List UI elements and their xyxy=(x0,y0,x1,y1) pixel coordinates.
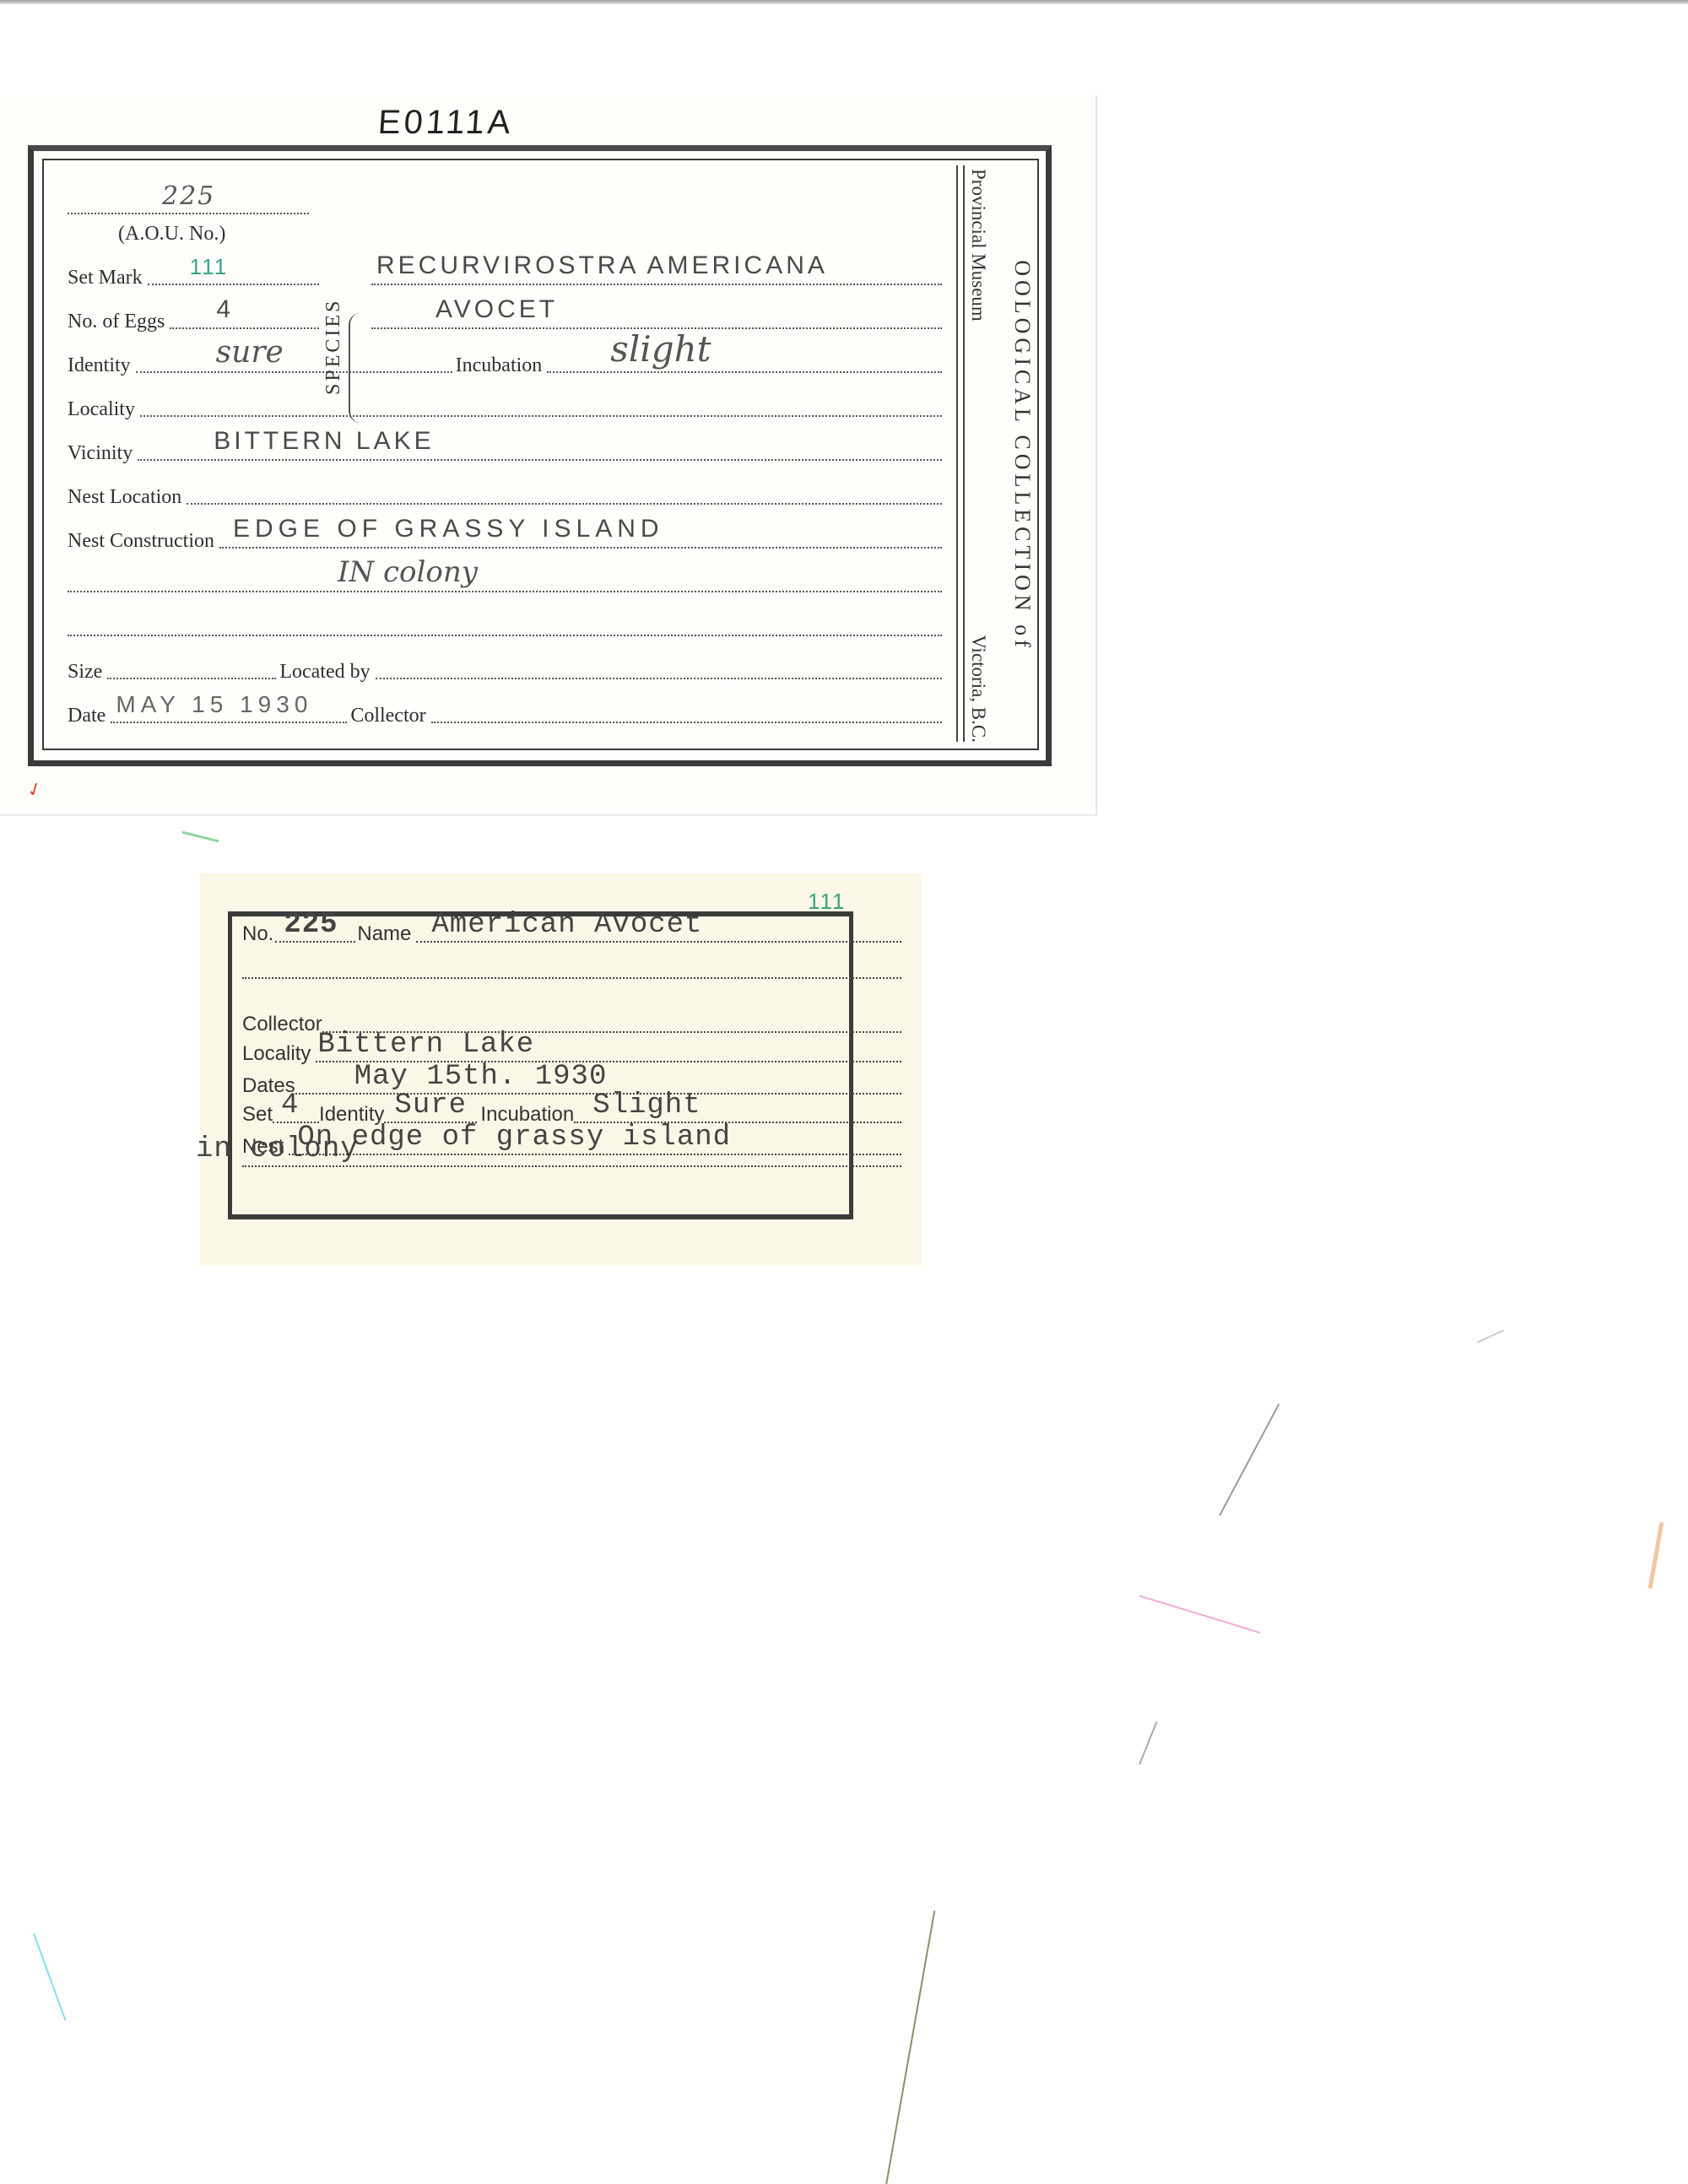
side-double-rule xyxy=(956,165,965,742)
vertical-header: OOLOGICAL COLLECTION of Provincial Museu… xyxy=(969,169,1049,743)
scratch-mark xyxy=(1139,1595,1261,1634)
aou-number-label: (A.O.U. No.) xyxy=(118,217,225,246)
nest-construction-value: EDGE OF GRASSY ISLAND xyxy=(233,515,664,543)
nest-location-label: Nest Location xyxy=(68,486,181,509)
scratch-mark xyxy=(1648,1522,1664,1589)
scratch-mark xyxy=(1139,1722,1157,1765)
species-scientific-value: RECURVIROSTRA AMERICANA xyxy=(376,251,828,280)
label-nest-continuation-row: in colony xyxy=(242,1165,905,1170)
vicinity-value: BITTERN LAKE xyxy=(214,427,434,456)
date-collector-row: Date MAY 15 1930 Collector xyxy=(68,699,945,727)
green-pen-stroke xyxy=(181,831,219,843)
date-value: MAY 15 1930 xyxy=(116,691,312,718)
label-identity-value: Sure xyxy=(394,1089,467,1122)
label-no-label: No. xyxy=(242,922,273,946)
vicinity-field: Vicinity BITTERN LAKE xyxy=(68,436,945,465)
nest-construction-continuation-field: IN colony xyxy=(68,568,945,597)
aou-number-field: 225 xyxy=(68,190,312,219)
institution-name: Provincial Museum xyxy=(967,169,989,322)
species-scientific-field: RECURVIROSTRA AMERICANA xyxy=(371,261,945,289)
institution-line: Provincial Museum Victoria, B.C. xyxy=(967,169,989,743)
incubation-value: slight xyxy=(610,328,711,370)
label-dates-row: Dates May 15th. 1930 xyxy=(242,1074,905,1098)
label-locality-value: Bittern Lake xyxy=(317,1029,534,1061)
locality-label: Locality xyxy=(68,398,135,421)
label-nest-continuation: in colony xyxy=(196,1133,359,1165)
scan-edge xyxy=(0,0,1688,4)
set-mark-field: Set Mark 111 xyxy=(68,261,322,289)
collection-title: OOLOGICAL COLLECTION of xyxy=(1009,169,1036,743)
identity-value: sure xyxy=(216,335,284,370)
set-mark-label: Set Mark xyxy=(68,267,143,289)
label-locality-label: Locality xyxy=(242,1042,311,1066)
identity-label: Identity xyxy=(68,354,131,377)
egg-count-value: 4 xyxy=(216,295,234,324)
size-located-row: Size Located by xyxy=(68,655,945,684)
nest-location-field: Nest Location xyxy=(68,480,945,509)
aou-number-value: 225 xyxy=(162,181,215,211)
label-collector-label: Collector xyxy=(242,1013,322,1036)
vicinity-label: Vicinity xyxy=(68,442,133,465)
scratch-mark xyxy=(1477,1329,1505,1343)
collector-label: Collector xyxy=(350,705,425,727)
identity-incubation-row: Identity sure Incubation slight xyxy=(68,349,945,377)
label-blank-line xyxy=(242,976,905,982)
set-mark-value: 111 xyxy=(190,254,229,280)
nest-construction-field: Nest Construction EDGE OF GRASSY ISLAND xyxy=(68,524,945,553)
scratch-mark xyxy=(1219,1403,1280,1516)
label-no-value: 225 xyxy=(284,909,338,941)
label-incubation-value: Slight xyxy=(592,1089,701,1122)
label-dates-value: May 15th. 1930 xyxy=(354,1061,608,1093)
located-by-label: Located by xyxy=(279,661,370,684)
egg-count-label: No. of Eggs xyxy=(68,311,165,333)
nest-construction-label: Nest Construction xyxy=(68,530,214,553)
label-set-label: Set xyxy=(242,1103,273,1127)
label-no-name-row: No. 225 Name American Avocet xyxy=(242,922,905,946)
scratch-mark xyxy=(885,1911,935,2184)
date-label: Date xyxy=(68,705,105,727)
institution-location: Victoria, B.C. xyxy=(967,635,989,743)
nest-construction-continuation: IN colony xyxy=(338,555,478,589)
size-label: Size xyxy=(68,661,102,684)
label-name-label: Name xyxy=(357,922,411,946)
oological-record-card: E0111A OOLOGICAL COLLECTION of Provincia… xyxy=(0,95,1097,816)
locality-field: Locality xyxy=(68,392,945,421)
label-set-value: 4 xyxy=(281,1089,299,1122)
blank-line xyxy=(68,612,945,641)
catalog-number: E0111A xyxy=(376,104,515,142)
incubation-label: Incubation xyxy=(456,354,543,377)
egg-count-field: No. of Eggs 4 xyxy=(68,305,322,333)
typed-label-card: 111 No. 225 Name American Avocet Collect… xyxy=(200,873,922,1266)
label-nest-value: On edge of grassy island xyxy=(297,1122,731,1154)
species-common-value: AVOCET xyxy=(436,295,558,324)
scratch-mark xyxy=(33,1933,67,2021)
label-name-value: American Avocet xyxy=(431,909,702,941)
